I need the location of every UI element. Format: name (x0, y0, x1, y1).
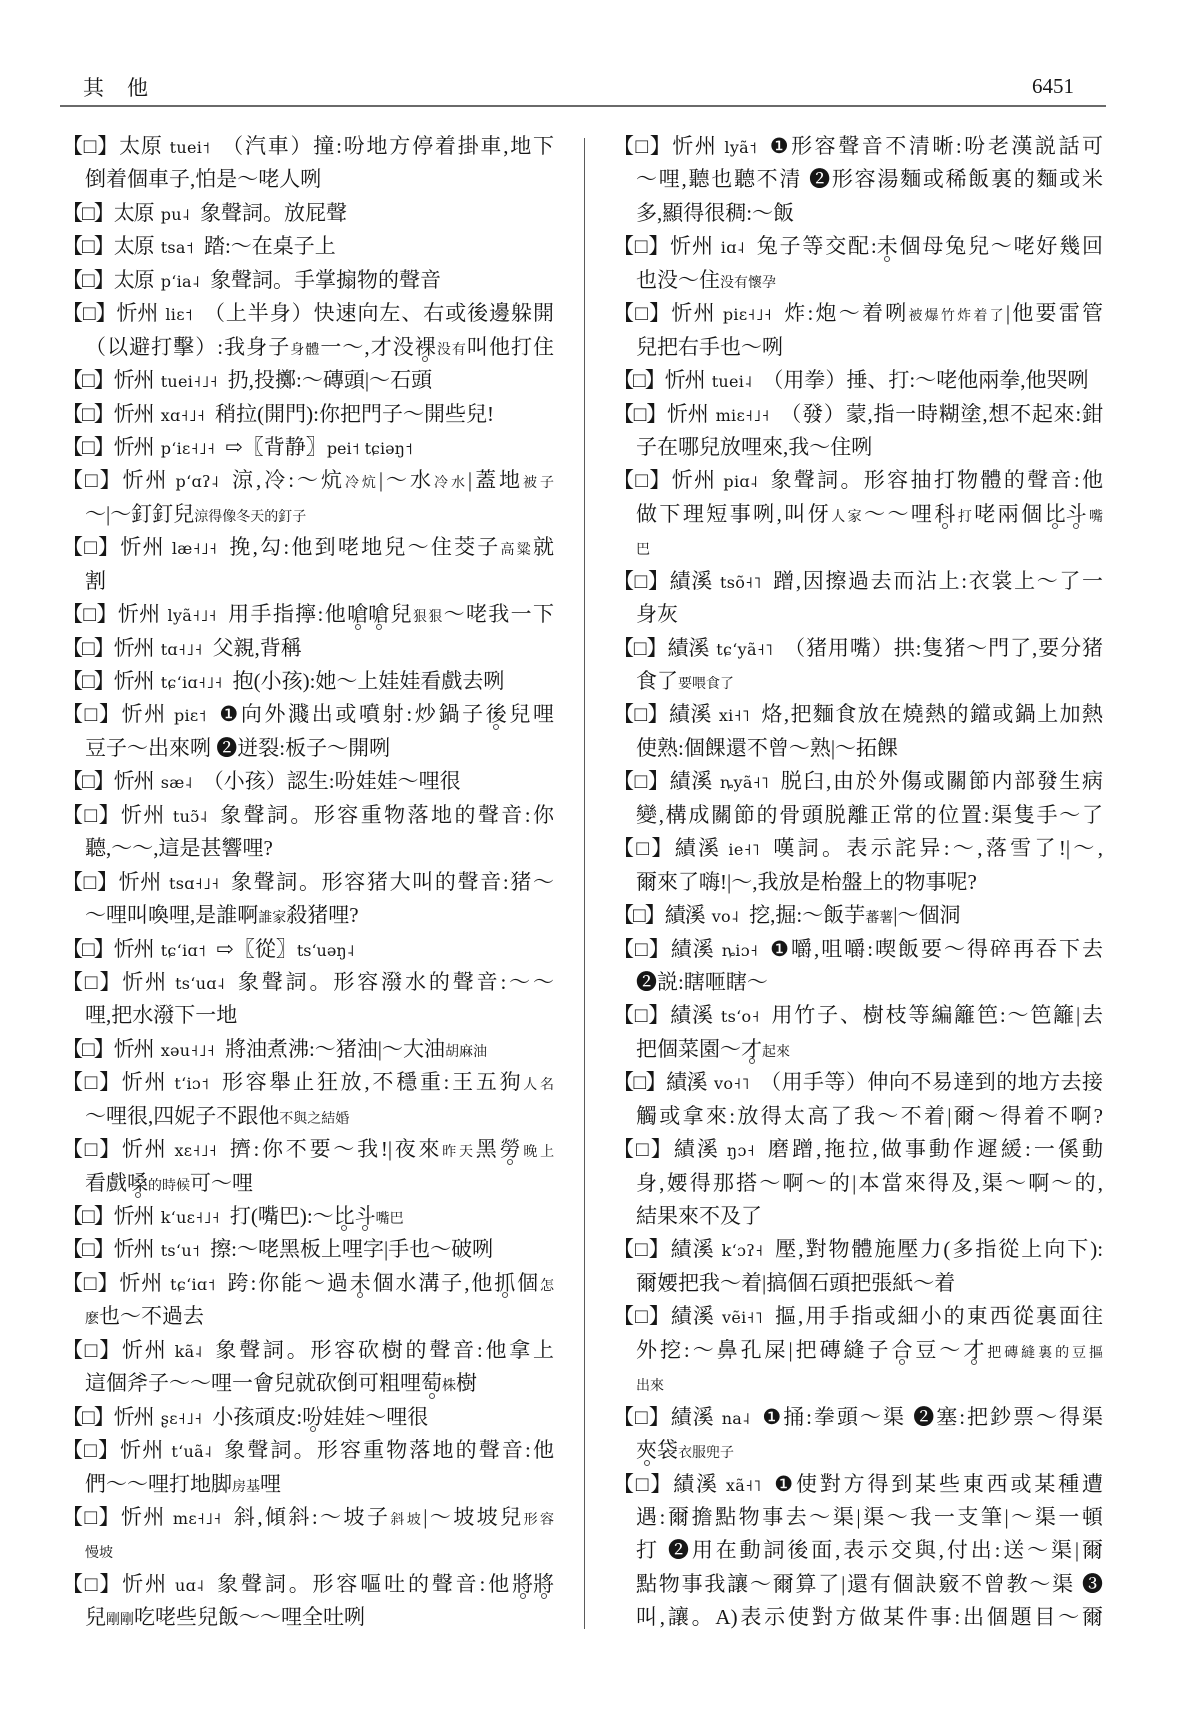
entry-continuation-line: 看戲嗓的時候可～哩 (62, 1167, 554, 1200)
definition-text: （猪用嘴）拱:隻猪～門了,要分猪 (783, 636, 1103, 660)
entry-first-line: 【□】忻州tɕʻiɑ˦⇨〖從〗tsʻuəŋ˨ (62, 933, 554, 966)
dialect-place: 忻州 (665, 368, 705, 392)
gloss-note: 要喂食了 (678, 677, 734, 692)
entry-head: 【□】忻州 (613, 468, 716, 492)
pronunciation-ipa: lyã˧˩˧ (168, 606, 217, 625)
definition-text: 殺猪哩? (286, 903, 358, 927)
headword-placeholder: □ (634, 702, 647, 726)
bracket-close: 】 (648, 702, 669, 726)
dictionary-entry: 【□】忻州tɕʻiɑ˦跨:你能～過未個水溝子,他抓個怎麽也～不過去 (62, 1267, 554, 1334)
pronunciation-ipa: pu˨ (161, 205, 190, 224)
headword-placeholder: □ (85, 702, 99, 726)
definition-text: 象聲詞。形容重物落地的聲音:你 (218, 803, 554, 827)
pronunciation-ipa: xã˧˥ (726, 1476, 762, 1495)
dialect-place: 績溪 (671, 937, 715, 961)
pronunciation-ipa: miɛ˧˩˧ (716, 406, 770, 425)
entry-first-line: 【□】忻州tsʻuɑ˨象聲詞。形容潑水的聲音:～～ (62, 966, 554, 999)
entry-head: 【□】忻州 (62, 1338, 168, 1362)
definition-text: 豆子～出來咧 ❷迸裂:板子～開咧 (85, 736, 390, 760)
pronunciation-ipa: ȵiɔ˧ (722, 941, 758, 960)
bracket-open: 【 (613, 468, 635, 492)
definition-text: ❷説:瞎咂瞎～ (636, 970, 768, 994)
dictionary-entry: 【□】忻州kã˨象聲詞。形容砍樹的聲音:他拿上這個斧子～～哩一會兒就砍倒可粗哩萄… (62, 1334, 554, 1401)
definition-text: 跨:你能～過 (226, 1271, 350, 1295)
bracket-open: 【 (613, 301, 635, 325)
bracket-close: 】 (648, 769, 670, 793)
bracket-close: 】 (99, 1137, 122, 1161)
definition-text: ❶捅:拳頭～渠 ❷塞:把鈔票～得渠 (760, 1405, 1103, 1429)
entry-continuation-line: 也没～住没有懷孕 (613, 264, 1103, 297)
header-rule (60, 105, 1106, 107)
definition-text: 斜,傾斜:～坡子 (232, 1505, 391, 1529)
entry-first-line: 【□】忻州tʻiɔ˦形容舉止狂放,不穩重:王五狗人名 (62, 1066, 554, 1099)
dialect-place: 績溪 (674, 1137, 720, 1161)
definition-text: （以避打擊）:我身子 (85, 335, 290, 359)
bracket-close: 】 (646, 1070, 666, 1094)
bracket-close: 】 (649, 1304, 671, 1328)
gloss-note: 巴 (636, 543, 650, 558)
definition-text: 多,顯得很稠:～飯 (636, 201, 794, 225)
entry-head: 【□】忻州 (62, 368, 154, 392)
gloss-note: 麽 (85, 1312, 99, 1327)
entry-continuation-line: 觸或拿來:放得太高了我～不着|爾～得着不啊? (613, 1100, 1103, 1133)
entry-head: 【□】績溪 (613, 702, 712, 726)
dictionary-entry: 【□】忻州lyã˦❶形容聲音不清晰:吩老漢説話可～哩,聽也聽不清 ❷形容湯麵或稀… (613, 130, 1103, 230)
entry-first-line: 【□】太原tsa˦踏:～在桌子上 (62, 230, 554, 263)
dialect-place: 忻州 (114, 1405, 154, 1429)
entry-continuation-line: 兒剛剛吃咾些兒飯～～哩全吐咧 (62, 1601, 554, 1634)
gloss-note: 的時候 (148, 1179, 190, 1194)
headword-placeholder: □ (635, 301, 649, 325)
entry-first-line: 【□】忻州tuei˧˩˧扔,投擲:～磚頭|～石頭 (62, 364, 554, 397)
definition-text: ～|～釘釘兒 (85, 502, 194, 526)
headword-placeholder: □ (84, 1271, 98, 1295)
bracket-close: 】 (97, 1271, 119, 1295)
entry-first-line: 【□】忻州miɛ˧˩˧（發）蒙,指一時糊塗,想不起來:鉗 (613, 398, 1103, 431)
dictionary-entry: 【□】忻州lyã˧˩˧用手指擰:他嗆嗆兒狠狠～咾我一下 (62, 598, 554, 631)
dialect-place: 忻州 (122, 1137, 168, 1161)
pronunciation-ipa: tuei˦ (170, 138, 211, 157)
homophone-marked-char: 未 (350, 1267, 371, 1300)
definition-text: 們～～哩打地脚 (85, 1472, 232, 1496)
entry-continuation-line: ～|～釘釘兒涼得像冬天的釘子 (62, 498, 554, 531)
cross-reference-pronunciation: pei˦ tɕiəŋ˦ (327, 439, 413, 458)
entry-head: 【□】績溪 (613, 1137, 720, 1161)
headword-placeholder: □ (84, 870, 97, 894)
definition-text: 這個斧子～～哩一會兒就砍倒可粗哩 (85, 1371, 421, 1395)
dictionary-entry: 【□】忻州tuɔ̃˨象聲詞。形容重物落地的聲音:你聽,～～,這是甚響哩? (62, 799, 554, 866)
bracket-open: 【 (62, 368, 82, 392)
entry-first-line: 【□】忻州liɛ˦（上半身）快速向左、右或後邊躲開 (62, 297, 554, 330)
bracket-close: 】 (648, 1003, 670, 1027)
pronunciation-ipa: tsõ˧˥ (720, 573, 762, 592)
dictionary-entry: 【□】績溪tsʻo˧用竹子、樹枝等編籬笆:～笆籬|去把個菜園～才起來 (613, 999, 1103, 1066)
bracket-open: 【 (613, 569, 635, 593)
entry-head: 【□】忻州 (62, 1572, 168, 1596)
headword-placeholder: □ (635, 468, 649, 492)
entry-head: 【□】績溪 (613, 636, 709, 660)
definition-text: 象聲詞。放屁聲 (200, 201, 347, 225)
entry-continuation-line: 遇:爾擔點物事去～渠|渠～我一支筆|～渠一頓 (613, 1501, 1103, 1534)
entry-continuation-line: 夾袋衣服兜子 (613, 1434, 1103, 1467)
dialect-place: 忻州 (114, 669, 154, 693)
entry-head: 【□】忻州 (62, 769, 154, 793)
bracket-open: 【 (62, 669, 82, 693)
definition-text: 叫他打住 (467, 335, 554, 359)
entry-continuation-line: 巴 (613, 531, 1103, 564)
headword-placeholder: □ (635, 1304, 649, 1328)
entry-continuation-line: 點物事我讓～爾算了|還有個訣竅不曾教～渠 ❸ (613, 1568, 1103, 1601)
entry-continuation-line: ❷説:瞎咂瞎～ (613, 966, 1103, 999)
headword-placeholder: □ (85, 1137, 99, 1161)
dialect-place: 忻州 (122, 702, 167, 726)
entry-head: 【□】忻州 (62, 468, 169, 492)
entry-first-line: 【□】績溪na˨❶捅:拳頭～渠 ❷塞:把鈔票～得渠 (613, 1401, 1103, 1434)
dictionary-entry: 【□】績溪ŋɔ˧磨蹭,拖拉,做事動作遲緩:一傒動身,婹得那搭～啊～的|本當來得及… (613, 1133, 1103, 1233)
entry-first-line: 【□】忻州iɑ˨兔子等交配:未個母兔兒～咾好幾回 (613, 230, 1103, 263)
dialect-place: 績溪 (671, 1237, 715, 1261)
definition-text: 點物事我讓～爾算了|還有個訣竅不曾教～渠 ❸ (636, 1572, 1103, 1596)
gloss-note: 没有懷孕 (720, 276, 776, 291)
dictionary-entry: 【□】忻州xɛ˧˩˧擠:你不要～我!|夜來昨天黑勞晚上看戲嗓的時候可～哩 (62, 1133, 554, 1200)
definition-text: 結果來不及了 (636, 1204, 762, 1228)
bracket-close: 】 (651, 1137, 674, 1161)
entry-continuation-line: ～哩很,四妮子不跟他不與之結婚 (62, 1100, 554, 1133)
bracket-close: 】 (94, 234, 114, 258)
entry-first-line: 【□】忻州lyã˧˩˧用手指擰:他嗆嗆兒狠狠～咾我一下 (62, 598, 554, 631)
entry-continuation-line: 麽也～不過去 (62, 1300, 554, 1333)
dictionary-entry: 【□】忻州piɛ˧˩˧炸:炮～着咧被爆竹炸着了|他要雷管兒把右手也～咧 (613, 297, 1103, 364)
dialect-place: 忻州 (119, 870, 162, 894)
dictionary-entry: 【□】忻州tuei˨（用拳）捶、打:～咾他兩拳,他哭咧 (613, 364, 1103, 397)
pronunciation-ipa: kã˨ (175, 1342, 203, 1361)
entry-first-line: 【□】績溪ȵiɔ˧❶嚼,咀嚼:喫飯要～得碎再吞下去 (613, 933, 1103, 966)
bracket-open: 【 (62, 1204, 82, 1228)
headword-placeholder: □ (636, 836, 651, 860)
dictionary-entry: 【□】忻州tɕʻiɑ˦⇨〖從〗tsʻuəŋ˨ (62, 933, 554, 966)
pronunciation-ipa: xi˧˥ (719, 706, 750, 725)
entry-continuation-line: 做下理短事咧,叫伢人家～～哩科打咾兩個比斗嘴 (613, 498, 1103, 531)
definition-text: 小孩頑皮: (212, 1405, 302, 1429)
homophone-marked-char: 將 (533, 1568, 554, 1601)
bracket-open: 【 (613, 836, 636, 860)
headword-placeholder: □ (634, 402, 646, 426)
pronunciation-ipa: tuɔ̃˨ (173, 807, 208, 826)
pronunciation-ipa: kʻuɛ˧˩˧ (161, 1208, 220, 1227)
headword-placeholder: □ (82, 1405, 94, 1429)
pronunciation-ipa: tɑ˧˩˧ (161, 640, 203, 659)
entry-continuation-line: （以避打擊）:我身子身體一～,才没裸没有叫他打住 (62, 331, 554, 364)
pronunciation-ipa: uɑ˨ (175, 1576, 204, 1595)
entry-continuation-line: 聽,～～,這是甚響哩? (62, 832, 554, 865)
definition-text: 豆～ (912, 1338, 963, 1362)
headword-placeholder: □ (85, 970, 100, 994)
headword-placeholder: □ (84, 1438, 98, 1462)
entry-head: 【□】績溪 (613, 1304, 715, 1328)
bracket-close: 】 (94, 1405, 114, 1429)
headword-placeholder: □ (84, 803, 98, 827)
definition-text: （汽車）撞:吩地方停着掛車,地下 (220, 134, 554, 158)
definition-text: 扔,投擲:～磚頭|～石頭 (228, 368, 432, 392)
pronunciation-ipa: xəu˧˩˧ (161, 1041, 215, 1060)
entry-first-line: 【□】忻州piɑ˨象聲詞。形容抽打物體的聲音:他 (613, 464, 1103, 497)
gloss-note: 慢坡 (85, 1546, 113, 1561)
entry-head: 【□】忻州 (613, 134, 717, 158)
pronunciation-ipa: ʂɛ˧˩˧ (161, 1409, 203, 1428)
headword-placeholder: □ (636, 1472, 651, 1496)
pronunciation-ipa: tɕʻyã˧˥ (716, 640, 773, 659)
definition-text: |蓋地 (468, 468, 523, 492)
gloss-note: 被子 (523, 476, 554, 491)
entry-head: 【□】太原 (62, 201, 154, 225)
dictionary-entry: 【□】績溪kʻɔʔ˧壓,對物體施壓力(多指從上向下):爾婹把我～着|搞個石頭把張… (613, 1233, 1103, 1300)
homophone-marked-char: 勞 (500, 1133, 521, 1166)
homophone-marked-char: 斗 (1066, 498, 1087, 531)
definition-text: ～哩很,四妮子不跟他 (85, 1104, 279, 1128)
entry-first-line: 【□】太原pu˨象聲詞。放屁聲 (62, 197, 554, 230)
definition-text: ❶形容聲音不清晰:吩老漢説話可 (767, 134, 1103, 158)
entry-first-line: 【□】忻州sæ˨（小孩）認生:吩娃娃～哩很 (62, 765, 554, 798)
gloss-note: 狠狠 (413, 610, 444, 625)
bracket-open: 【 (613, 1304, 635, 1328)
gloss-note: 被爆竹炸着了 (908, 309, 1005, 324)
definition-text: 黑 (476, 1137, 500, 1161)
bracket-close: 】 (94, 402, 114, 426)
dialect-place: 忻州 (121, 803, 166, 827)
gloss-note: 人家 (831, 510, 864, 525)
definition-text: 兔子等交配: (755, 234, 877, 258)
definition-text: 變,構成關節的骨頭脱離正常的位置:渠隻手～了 (636, 803, 1103, 827)
definition-text: 兒 (85, 1605, 106, 1629)
headword-placeholder: □ (84, 134, 97, 158)
bracket-open: 【 (613, 234, 635, 258)
headword-placeholder: □ (633, 368, 645, 392)
pronunciation-ipa: tsʻuɑ˨ (175, 974, 225, 993)
dialect-place: 忻州 (667, 402, 709, 426)
entry-first-line: 【□】績溪vo˧˥（用手等）伸向不易達到的地方去接 (613, 1066, 1103, 1099)
bracket-open: 【 (613, 1472, 636, 1496)
gloss-note: 怎 (540, 1279, 554, 1294)
entry-continuation-line: 身,婹得那搭～啊～的|本當來得及,渠～啊～的, (613, 1167, 1103, 1200)
pronunciation-ipa: pʻia˨ (161, 272, 200, 291)
gloss-note: 把磚縫裏的豆摳 (984, 1346, 1103, 1361)
definition-text: 脱臼,由於外傷或關節内部發生病 (779, 769, 1103, 793)
bracket-close: 】 (99, 970, 122, 994)
dictionary-entry: 【□】績溪tɕʻyã˧˥（猪用嘴）拱:隻猪～門了,要分猪食了要喂食了 (613, 632, 1103, 699)
dictionary-entry: 【□】忻州tʻuã˨象聲詞。形容重物落地的聲音:他們～～哩打地脚房基哩 (62, 1434, 554, 1501)
gloss-note: 身體 (290, 343, 320, 358)
dialect-place: 太原 (119, 134, 163, 158)
bracket-close: 】 (646, 402, 667, 426)
entry-continuation-line: 出來 (613, 1367, 1103, 1400)
definition-text: 嘆詞。表示詫异:～,落雪了!|～, (770, 836, 1103, 860)
bracket-open: 【 (62, 234, 82, 258)
dialect-place: 忻州 (120, 1438, 164, 1462)
bracket-open: 【 (62, 1505, 84, 1529)
pronunciation-ipa: tɕʻiɑ˦ (170, 1275, 216, 1294)
dialect-place: 忻州 (114, 402, 154, 426)
headword-placeholder: □ (635, 937, 649, 961)
entry-continuation-line: 使熟:個餜還不曾～熟|～拓餜 (613, 732, 1103, 765)
dictionary-entry: 【□】忻州xəu˧˩˧將油煮沸:～猪油|～大油胡麻油 (62, 1033, 554, 1066)
bracket-open: 【 (62, 702, 85, 726)
definition-text: 割 (85, 569, 106, 593)
definition-text: 打(嘴巴):～ (230, 1204, 334, 1228)
entry-first-line: 【□】太原tuei˦（汽車）撞:吩地方停着掛車,地下 (62, 130, 554, 163)
gloss-note: 胡麻油 (445, 1045, 487, 1060)
definition-text: 樹 (456, 1371, 477, 1395)
pronunciation-ipa: ŋɔ˧ (727, 1141, 755, 1160)
bracket-close: 】 (649, 1405, 671, 1429)
bracket-open: 【 (62, 301, 83, 325)
bracket-open: 【 (613, 903, 633, 927)
definition-text: 將油煮沸:～猪油|～大油 (225, 1037, 445, 1061)
entry-head: 【□】忻州 (62, 602, 161, 626)
dictionary-entry: 【□】忻州tsʻuɑ˨象聲詞。形容潑水的聲音:～～哩,把水潑下一地 (62, 966, 554, 1033)
dictionary-entry: 【□】太原tuei˦（汽車）撞:吩地方停着掛車,地下倒着個車子,怕是～咾人咧 (62, 130, 554, 197)
definition-text: 把個菜園～ (636, 1037, 741, 1061)
bracket-close: 】 (98, 1438, 120, 1462)
dialect-place: 忻州 (119, 1271, 163, 1295)
bracket-open: 【 (62, 937, 82, 961)
gloss-note: 衣服兜子 (678, 1446, 734, 1461)
entry-head: 【□】忻州 (62, 1070, 167, 1094)
definition-text: 可～哩 (190, 1171, 253, 1195)
gloss-note: 高粱 (501, 543, 533, 558)
definition-text: 兒 (389, 602, 413, 626)
headword-placeholder: □ (83, 602, 96, 626)
entry-first-line: 【□】績溪tsʻo˧用竹子、樹枝等編籬笆:～笆籬|去 (613, 999, 1103, 1032)
dictionary-entry: 【□】忻州ʂɛ˧˩˧小孩頑皮:吩娃娃～哩很 (62, 1401, 554, 1434)
dictionary-entry: 【□】忻州mɛ˧˩˧斜,傾斜:～坡子斜坡|～坡坡兒形容慢坡 (62, 1501, 554, 1568)
entry-continuation-line: 爾婹把我～着|搞個石頭把張紙～着 (613, 1267, 1103, 1300)
entry-first-line: 【□】忻州uɑ˨象聲詞。形容嘔吐的聲音:他將將 (62, 1568, 554, 1601)
pronunciation-ipa: kʻɔʔ˧ (722, 1241, 764, 1260)
bracket-close: 】 (94, 1037, 114, 1061)
definition-text: 身灰 (636, 602, 678, 626)
dialect-place: 忻州 (114, 1237, 154, 1261)
definition-text: ❶使對方得到某些東西或某種遭 (771, 1472, 1103, 1496)
entry-head: 【□】績溪 (613, 937, 715, 961)
definition-text: |他要雷管 (1006, 301, 1103, 325)
dictionary-entry: 【□】績溪vo˨挖,掘:～飯芋蕃薯|～個洞 (613, 899, 1103, 932)
dialect-place: 績溪 (675, 836, 722, 860)
entry-head: 【□】忻州 (62, 1505, 166, 1529)
dialect-place: 忻州 (672, 468, 717, 492)
dialect-place: 績溪 (670, 569, 713, 593)
bracket-close: 】 (648, 234, 670, 258)
definition-text: 使熟:個餜還不曾～熟|～拓餜 (636, 736, 898, 760)
dialect-place: 忻州 (120, 535, 164, 559)
bracket-open: 【 (62, 134, 84, 158)
entry-head: 【□】忻州 (62, 970, 168, 994)
bracket-open: 【 (62, 402, 82, 426)
dictionary-entry: 【□】忻州tuei˧˩˧扔,投擲:～磚頭|～石頭 (62, 364, 554, 397)
definition-text: 稍拉(開門):你把門子～開些兒! (215, 402, 494, 426)
definition-text: 形容舉止狂放,不穩重:王五狗 (219, 1070, 523, 1094)
entry-continuation-line: 食了要喂食了 (613, 665, 1103, 698)
cross-reference-pronunciation: tsʻuəŋ˨ (297, 941, 355, 960)
definition-text: 炸:炮～着咧 (782, 301, 908, 325)
pronunciation-ipa: tuei˨ (712, 372, 753, 391)
definition-text: ～哩,聽也聽不清 ❷形容湯麵或稀飯裏的麵或米 (636, 167, 1103, 191)
definition-text: （小孩）認生:吩娃娃～哩很 (203, 769, 461, 793)
bracket-close: 】 (94, 636, 114, 660)
definition-text: ⇨〖從〗 (216, 937, 297, 961)
dictionary-entry: 【□】太原pʻia˨象聲詞。手掌搧物的聲音 (62, 264, 554, 297)
bracket-close: 】 (97, 134, 119, 158)
dialect-place: 忻州 (114, 368, 154, 392)
dialect-place: 忻州 (117, 301, 159, 325)
entry-continuation-line: 們～～哩打地脚房基哩 (62, 1468, 554, 1501)
entry-first-line: 【□】忻州tɕʻiɑ˧˩˧抱(小孩):她～上娃娃看戲去咧 (62, 665, 554, 698)
gloss-note: 起來 (762, 1045, 790, 1060)
dialect-place: 績溪 (669, 702, 712, 726)
dialect-place: 忻州 (122, 970, 168, 994)
dialect-place: 忻州 (672, 134, 717, 158)
column-divider (584, 138, 585, 1629)
homophone-marked-char: 未 (877, 230, 898, 263)
homophone-marked-char: 比 (1045, 498, 1066, 531)
entry-head: 【□】太原 (62, 268, 154, 292)
dictionary-entry: 【□】忻州iɑ˨兔子等交配:未個母兔兒～咾好幾回也没～住没有懷孕 (613, 230, 1103, 297)
pronunciation-ipa: tʻuã˨ (171, 1442, 212, 1461)
dictionary-entry: 【□】績溪xã˧˥❶使對方得到某些東西或某種遭遇:爾擔點物事去～渠|渠～我一支筆… (613, 1468, 1103, 1635)
dictionary-entry: 【□】忻州uɑ˨象聲詞。形容嘔吐的聲音:他將將兒剛剛吃咾些兒飯～～哩全吐咧 (62, 1568, 554, 1635)
dialect-place: 績溪 (670, 769, 713, 793)
bracket-open: 【 (62, 1572, 85, 1596)
entry-first-line: 【□】忻州læ˧˩˧挽,勾:他到咾地兒～住茭子高粱就 (62, 531, 554, 564)
pronunciation-ipa: tsɑ˧˩˧ (169, 874, 219, 893)
definition-text: 象聲詞。形容嘔吐的聲音:他 (214, 1572, 512, 1596)
entry-first-line: 【□】忻州ʂɛ˧˩˧小孩頑皮:吩娃娃～哩很 (62, 1401, 554, 1434)
bracket-open: 【 (613, 769, 635, 793)
entry-head: 【□】績溪 (613, 1237, 715, 1261)
headword-placeholder: □ (85, 1070, 99, 1094)
gloss-note: 不與之結婚 (279, 1112, 349, 1127)
gloss-note: 株 (442, 1379, 456, 1394)
gloss-note: 房基 (232, 1480, 260, 1495)
entry-first-line: 【□】忻州pʻiɛ˧˩˧⇨〖背静〗pei˦ tɕiəŋ˦ (62, 431, 554, 464)
dictionary-entry: 【□】忻州miɛ˧˩˧（發）蒙,指一時糊塗,想不起來:鉗子在哪兒放哩來,我～住咧 (613, 398, 1103, 465)
entry-first-line: 【□】忻州tɕʻiɑ˦跨:你能～過未個水溝子,他抓個怎 (62, 1267, 554, 1300)
entry-continuation-line: 豆子～出來咧 ❷迸裂:板子～開咧 (62, 732, 554, 765)
bracket-close: 】 (649, 937, 671, 961)
headword-placeholder: □ (84, 535, 98, 559)
entry-head: 【□】忻州 (613, 402, 709, 426)
bracket-close: 】 (99, 702, 122, 726)
entry-continuation-line: 打 ❷用在動詞後面,表示交與,付出:送～渠|爾 (613, 1534, 1103, 1567)
dictionary-entry: 【□】忻州kʻuɛ˧˩˧打(嘴巴):～比斗嘴巴 (62, 1200, 554, 1233)
homophone-marked-char: 將 (512, 1568, 533, 1601)
dictionary-entry: 【□】績溪ȵiɔ˧❶嚼,咀嚼:喫飯要～得碎再吞下去❷説:瞎咂瞎～ (613, 933, 1103, 1000)
dialect-place: 忻州 (671, 301, 715, 325)
definition-text: 觸或拿來:放得太高了我～不着|爾～得着不啊? (636, 1104, 1103, 1128)
dictionary-entry: 【□】績溪ȵyã˧˥脱臼,由於外傷或關節内部發生病變,構成關節的骨頭脱離正常的位… (613, 765, 1103, 832)
definition-text: ～哩叫喚哩,是誰啊 (85, 903, 258, 927)
headword-placeholder: □ (636, 134, 650, 158)
entry-head: 【□】忻州 (62, 301, 158, 325)
dictionary-entry: 【□】忻州piɑ˨象聲詞。形容抽打物體的聲音:他做下理短事咧,叫伢人家～～哩科打… (613, 464, 1103, 564)
definition-text: 挽,勾:他到咾地兒～住茭子 (227, 535, 500, 559)
entry-head: 【□】忻州 (62, 1271, 163, 1295)
definition-text: 摳,用手指或細小的東西從裏面往 (773, 1304, 1103, 1328)
bracket-close: 】 (97, 870, 119, 894)
entry-head: 【□】忻州 (62, 435, 154, 459)
definition-text: 磨蹭,拖拉,做事動作遲緩:一傒動 (765, 1137, 1103, 1161)
bracket-open: 【 (62, 602, 83, 626)
dialect-place: 太原 (114, 201, 154, 225)
